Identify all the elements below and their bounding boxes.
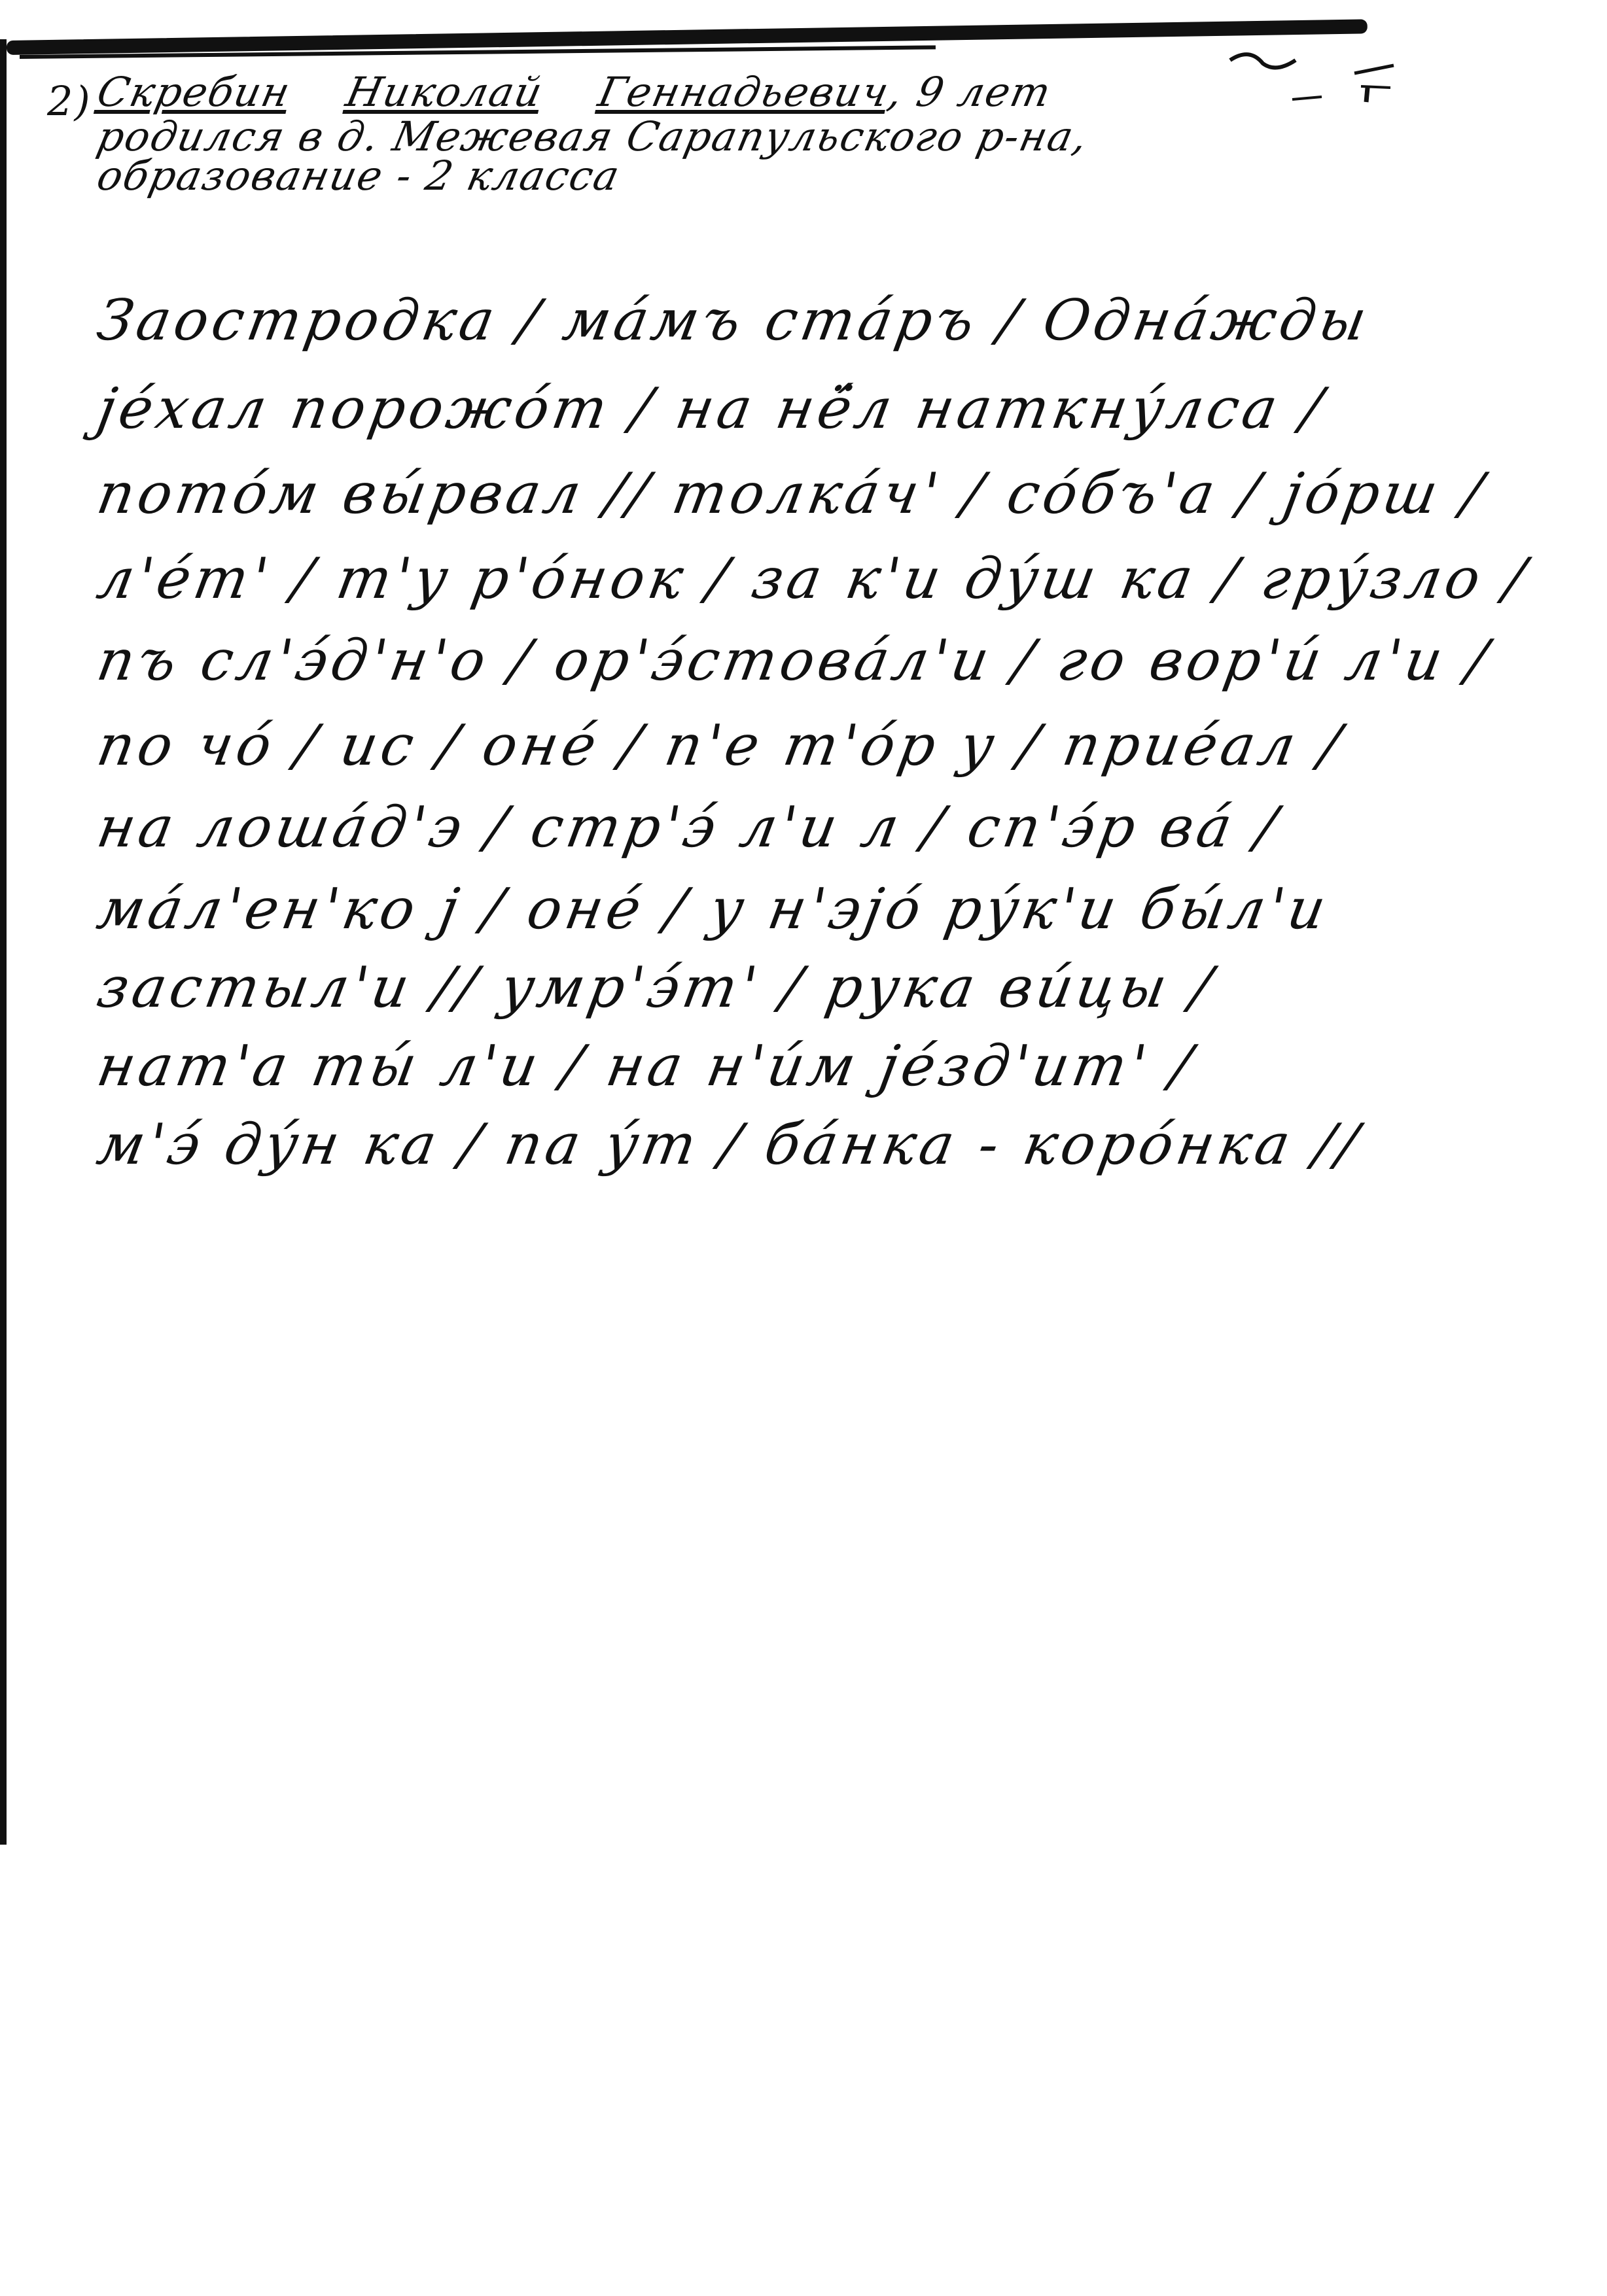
transcription-line: застыл'и // умр'э́т' / рука ви́цы / [92, 955, 1220, 1020]
page-left-edge [0, 39, 7, 1845]
transcription-line: ма́л'ен'ко j / оне́ / у н'эjо́ ру́к'и бы… [92, 877, 1334, 942]
header-line-1: Скребин Николай Геннадьевич, 9 лет [93, 68, 1056, 116]
transcription-line: м'э́ ду́н ка / па у́т / ба́нка - коро́нк… [92, 1112, 1366, 1177]
transcription-line: на лоша́д'э / стр'э́ л'и л / сп'э́р ва́ … [92, 795, 1285, 860]
transcription-line: пъ сл'э́д'н'о / ор'э́стова́л'и / го вор'… [92, 628, 1496, 693]
patronymic: Геннадьевич [594, 68, 894, 116]
transcription-line: пото́м вы́рвал // толка́ч' / со́бъ'а / j… [92, 461, 1491, 527]
corner-scribble-icon [1204, 34, 1400, 106]
transcription-line: нат'а ты́ л'и / на н'и́м jе́зд'ит' / [92, 1034, 1200, 1099]
scanned-page: 2) Скребин Николай Геннадьевич, 9 лет ро… [0, 0, 1607, 2296]
item-number: 2) [47, 77, 92, 125]
header-line-3: образование - 2 класса [93, 152, 624, 200]
transcription-line: по чо́ / ис / оне́ / п'е т'о́р у / прие́… [92, 713, 1349, 778]
transcription-line: jе́хал порожо́т / на нё́л наткну́лса / [92, 376, 1331, 442]
age: , 9 лет [884, 68, 1056, 116]
transcription-line: Заостродка / ма́мъ ста́ръ / Одна́жды [92, 288, 1375, 353]
first-name: Николай [342, 68, 548, 116]
surname: Скребин [93, 68, 295, 116]
transcription-line: л'е́т' / т'у р'о́нок / за к'и ду́ш ка / … [92, 546, 1534, 612]
